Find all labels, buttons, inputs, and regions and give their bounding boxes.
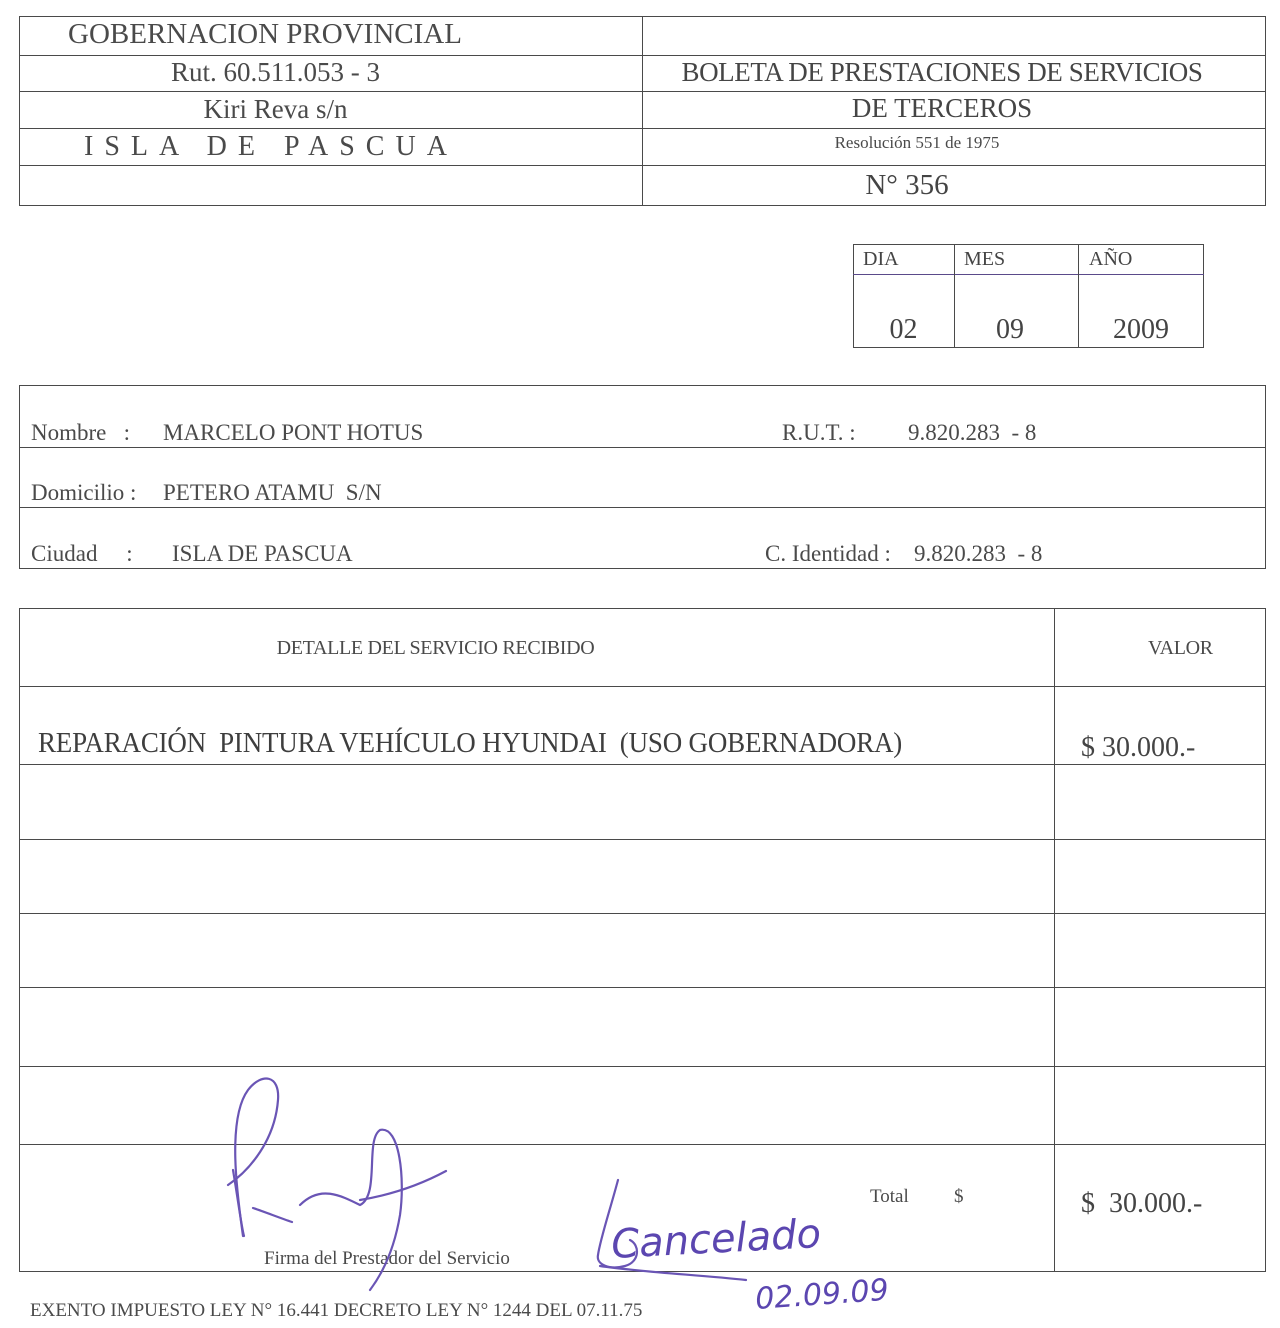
- provider-signature-icon: Cancelado 02.09.09: [0, 0, 1280, 1328]
- stamp-date: 02.09.09: [754, 1273, 890, 1317]
- stamp-word: Cancelado: [610, 1211, 822, 1268]
